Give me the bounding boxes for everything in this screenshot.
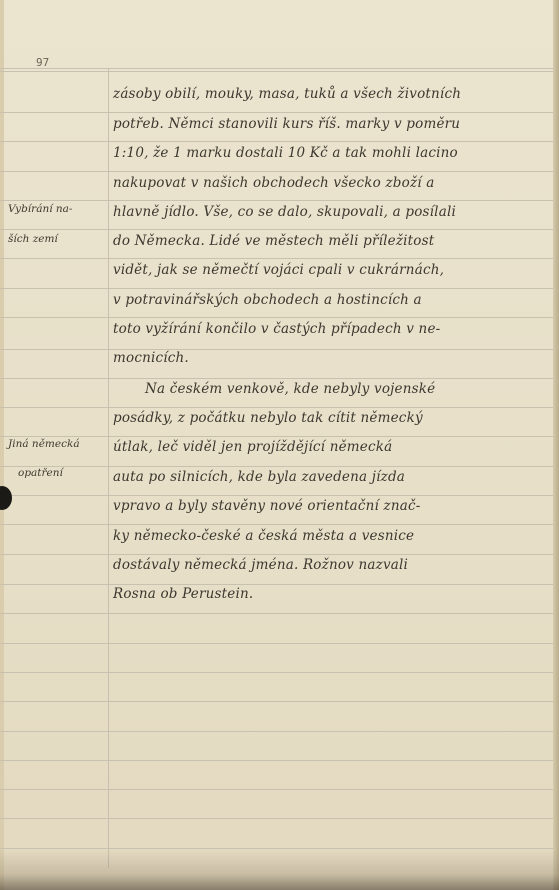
text-line: potřeb. Němci stanovili kurs říš. marky …: [113, 116, 553, 132]
ruled-line: [0, 171, 553, 172]
text-line: útlak, leč viděl jen projíždějící německ…: [113, 439, 553, 455]
punch-hole: [0, 486, 12, 510]
ruled-line: [0, 789, 553, 790]
ruled-line: [0, 613, 553, 614]
ruled-line: [0, 200, 553, 201]
ruled-line: [0, 818, 553, 819]
ruled-line: [0, 378, 553, 379]
ruled-line: [0, 68, 553, 69]
ruled-line: [0, 848, 553, 849]
text-line: ky německo-české a česká města a vesnice: [113, 528, 553, 544]
ruled-line: [0, 71, 553, 72]
text-line: Na českém venkově, kde nebyly vojenské: [145, 381, 559, 397]
margin-note-line: ších zemí: [8, 233, 108, 246]
margin-note-vybirani: Vybírání na- ších zemí: [8, 203, 108, 246]
text-line: dostávaly německá jména. Rožnov nazvali: [113, 557, 553, 573]
text-line: 1:10, že 1 marku dostali 10 Kč a tak moh…: [113, 145, 553, 161]
text-line: zásoby obilí, mouky, masa, tuků a všech …: [113, 86, 553, 102]
text-line: hlavně jídlo. Vše, co se dalo, skupovali…: [113, 204, 553, 220]
ruled-line: [0, 760, 553, 761]
text-line: do Německa. Lidé ve městech měli příleži…: [113, 233, 553, 249]
text-line: nakupovat v našich obchodech všecko zbož…: [113, 175, 553, 191]
ruled-line: [0, 672, 553, 673]
text-line: mocnicích.: [113, 350, 553, 366]
text-line: auta po silnicích, kde byla zavedena jíz…: [113, 469, 553, 485]
ruled-line: [0, 495, 553, 496]
margin-note-opatreni: Jiná německá opatření: [8, 438, 108, 480]
text-line: Rosna ob Perustein.: [113, 586, 553, 602]
ruled-line: [0, 436, 553, 437]
ruled-line: [0, 524, 553, 525]
ruled-line: [0, 112, 553, 113]
text-line: vidět, jak se němečtí vojáci cpali v cuk…: [113, 262, 553, 278]
ruled-line: [0, 584, 553, 585]
margin-note-line: Vybírání na-: [8, 203, 108, 216]
ruled-line: [0, 731, 553, 732]
text-line: toto vyžírání končilo v častých případec…: [113, 321, 553, 337]
ruled-line: [0, 288, 553, 289]
ruled-line: [0, 554, 553, 555]
manuscript-page: 97 zásoby obilí, mouky, masa, tuků a vše…: [0, 0, 559, 890]
page-edge-right: [553, 0, 559, 890]
ruled-line: [0, 258, 553, 259]
ruled-line: [0, 141, 553, 142]
margin-line: [108, 68, 109, 868]
ruled-line: [0, 701, 553, 702]
page-edge-left: [0, 0, 4, 890]
text-line: v potravinářských obchodech a hostincích…: [113, 292, 553, 308]
page-number: 97: [36, 56, 49, 69]
margin-note-line: opatření: [8, 467, 108, 480]
ruled-line: [0, 643, 553, 644]
text-line: posádky, z počátku nebylo tak cítit něme…: [113, 410, 553, 426]
ruled-line: [0, 317, 553, 318]
ruled-line: [0, 407, 553, 408]
text-line: vpravo a byly stavěny nové orientační zn…: [113, 498, 553, 514]
margin-note-line: Jiná německá: [8, 438, 108, 451]
page-bottom-shadow: [0, 850, 559, 890]
